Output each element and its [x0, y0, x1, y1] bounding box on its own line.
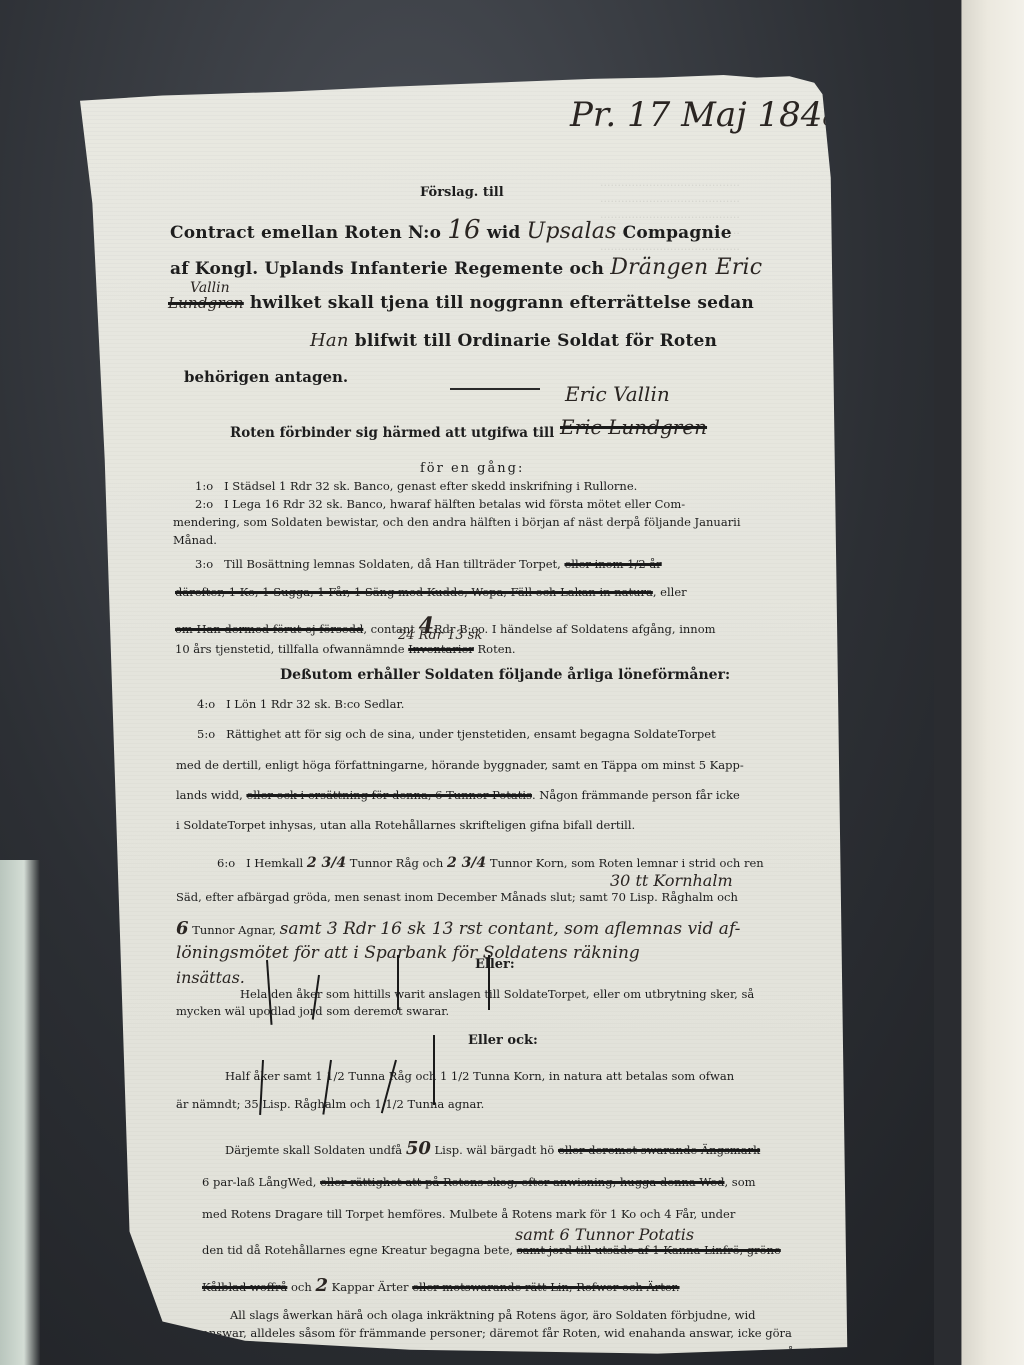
- printed-text: Compagnie: [623, 223, 732, 243]
- binding-clause-text: Roten förbinder sig härmed att utgifwa t…: [230, 425, 554, 441]
- additional-line-4: den tid då Rotehållarnes egne Kreatur be…: [202, 1243, 781, 1257]
- additional-line-2: 6 par-laß LångWed, eller rättighet att p…: [202, 1175, 756, 1189]
- additional-line-5: Kålblad woffrå och 2 Kappar Ärter eller …: [202, 1275, 680, 1296]
- printed-text: Contract emellan Roten N:o: [170, 223, 441, 243]
- cancellation-stroke: [433, 1035, 435, 1105]
- item-5-line-3: lands widd, eller ock i ersättning för d…: [176, 788, 740, 802]
- item-6-line-3: 6 Tunnor Agnar, samt 3 Rdr 16 sk 13 rst …: [176, 918, 740, 939]
- item-5: 5:o Rättighet att för sig och de sina, u…: [197, 727, 716, 741]
- title-line-5: behörigen antagen.: [184, 368, 348, 386]
- item-5-line-4: i SoldateTorpet inhysas, utan alla Roteh…: [176, 818, 635, 832]
- item-text: Till Bosättning lemnas Soldaten, då Han …: [224, 557, 561, 571]
- pronoun-handwritten: Han: [310, 330, 349, 351]
- item-3-line-2: därefter, 1 Ko, 1 Sugga, 1 Får, 1 Säng m…: [175, 585, 687, 599]
- item-4: 4:o I Lön 1 Rdr 32 sk. B:co Sedlar.: [197, 697, 404, 711]
- item-text: I Hemkall: [246, 856, 303, 870]
- decorative-rule: [450, 388, 540, 390]
- closing-line-2: answar, alldeles såsom för främmande per…: [202, 1326, 792, 1340]
- item-2: 2:o I Lega 16 Rdr 32 sk. Banco, hwaraf h…: [195, 497, 685, 511]
- struck-text: Inventarier: [408, 642, 474, 656]
- printed-text: af Kongl. Uplands Infanterie Regemente o…: [170, 259, 604, 279]
- struck-beneficiary: Eric Lundgren: [560, 415, 707, 439]
- item-text: I Lön 1 Rdr 32 sk. B:co Sedlar.: [226, 697, 404, 711]
- item-text: I Lega 16 Rdr 32 sk. Banco, hwaraf hälft…: [224, 497, 685, 511]
- soldier-name-handwritten: Drängen Eric: [610, 255, 762, 280]
- item-text: , eller: [653, 585, 687, 599]
- or-also-line-1: Half åker samt 1 1/2 Tunna Råg och 1 1/2…: [225, 1069, 734, 1083]
- struck-text: samt jord till utsäde af 1 Kanna Linfrö,…: [517, 1243, 781, 1257]
- item-text: Tunnor Korn, som Roten lemnar i strid oc…: [490, 856, 764, 870]
- item-number: 1:o: [195, 479, 213, 493]
- struck-text: eller inom 1/2 år: [564, 557, 661, 571]
- additional-line-3: med Rotens Dragare till Torpet hemföres.…: [202, 1207, 735, 1221]
- title-line-4: Han blifwit till Ordinarie Soldat för Ro…: [310, 330, 717, 351]
- closing-line-1: All slags åwerkan härå och olaga inkräkt…: [230, 1308, 756, 1322]
- or-heading: Eller:: [475, 957, 515, 972]
- cancellation-stroke: [488, 955, 490, 1010]
- contract-document-page: ........................................…: [80, 75, 905, 1360]
- handwritten-amount: 50: [406, 1138, 431, 1159]
- handwritten-amount: 2 3/4: [447, 855, 486, 871]
- rote-number-handwritten: 16: [447, 215, 480, 245]
- or-also-heading: Eller ock:: [468, 1033, 538, 1048]
- struck-text: Kålblad woffrå: [202, 1280, 287, 1294]
- struck-text: eller motswarande rätt Lin, Rofwor och Ä…: [412, 1280, 679, 1294]
- item-text: Kappar Ärter: [332, 1280, 409, 1294]
- or-also-line-2: är nämndt; 35 Lisp. Råghalm och 1 1/2 Tu…: [176, 1097, 484, 1111]
- struck-text: om Han dermed förut ej försedd: [175, 622, 363, 636]
- handwritten-addition-line-2: löningsmötet för att i Sparbank för Sold…: [176, 943, 640, 963]
- item-text: lands widd,: [176, 788, 243, 802]
- item-number: 4:o: [197, 697, 215, 711]
- section-annual-heading: Deßutom erhåller Soldaten följande årlig…: [280, 667, 730, 683]
- date-annotation: Pr. 17 Maj 1848.: [570, 95, 855, 135]
- handwritten-addition: samt 3 Rdr 16 sk 13 rst contant, som afl…: [280, 919, 741, 939]
- item-text: I Städsel 1 Rdr 32 sk. Banco, genast eft…: [224, 479, 637, 493]
- item-text: och: [291, 1280, 312, 1294]
- item-6-line-2: Säd, efter afbärgad gröda, men senast in…: [176, 890, 738, 904]
- company-handwritten: Upsalas: [527, 219, 617, 244]
- struck-text: därefter, 1 Ko, 1 Sugga, 1 Får, 1 Säng m…: [175, 585, 653, 599]
- printed-text: wid: [487, 223, 521, 243]
- item-text: Därjemte skall Soldaten undfå: [225, 1143, 402, 1157]
- handwritten-inventory-value: 24 Rdr 13 sk: [398, 628, 482, 643]
- beneficiary-handwritten: Eric Vallin: [565, 382, 670, 406]
- printed-text: blifwit till Ordinarie Soldat för Roten: [355, 331, 717, 351]
- handwritten-amount: 2 3/4: [307, 855, 346, 871]
- item-3: 3:o Till Bosättning lemnas Soldaten, då …: [195, 557, 662, 571]
- item-text: Rättighet att för sig och de sina, under…: [226, 727, 716, 741]
- item-text: . Någon främmande person får icke: [532, 788, 740, 802]
- item-text: Tunnor Råg och: [350, 856, 444, 870]
- adjacent-document-edge: [934, 0, 1024, 1365]
- title-line-2: af Kongl. Uplands Infanterie Regemente o…: [170, 255, 762, 280]
- item-text: Tunnor Agnar,: [192, 923, 276, 937]
- item-text: 10 års tjenstetid, tillfalla ofwannämnde: [175, 642, 405, 656]
- item-3-line-4: 10 års tjenstetid, tillfalla ofwannämnde…: [175, 642, 516, 656]
- handwritten-amount: 6: [176, 918, 189, 939]
- item-text: 6 par-laß LångWed,: [202, 1175, 316, 1189]
- adjacent-folder-edge: [0, 860, 40, 1365]
- item-text: Lisp. wäl bärgadt hö: [435, 1143, 555, 1157]
- struck-text: eller ock i ersättning för denna, 6 Tunn…: [246, 788, 532, 802]
- handwritten-amount: 2: [315, 1275, 328, 1296]
- item-number: 5:o: [197, 727, 215, 741]
- title-line-1: Contract emellan Roten N:o 16 wid Upsala…: [170, 215, 732, 245]
- title-line-3: Lundgren hwilket skall tjena till noggra…: [168, 293, 754, 313]
- handwritten-potatoes: samt 6 Tunnor Potatis: [515, 1225, 694, 1244]
- section-once-heading: för en gång:: [420, 461, 524, 476]
- item-number: 3:o: [195, 557, 213, 571]
- item-5-line-2: med de dertill, enligt höga författninga…: [176, 758, 744, 772]
- handwritten-straw: 30 tt Kornhalm: [610, 871, 733, 890]
- item-text: , som: [724, 1175, 755, 1189]
- struck-text: eller deremot swarande Ängsmark: [558, 1143, 760, 1157]
- item-number: 6:o: [217, 856, 235, 870]
- additional-line-1: Därjemte skall Soldaten undfå 50 Lisp. w…: [225, 1138, 760, 1159]
- item-6: 6:o I Hemkall 2 3/4 Tunnor Råg och 2 3/4…: [217, 855, 764, 871]
- item-text: Roten.: [478, 642, 516, 656]
- item-2-continuation: mendering, som Soldaten bewistar, och de…: [173, 515, 741, 529]
- item-text: den tid då Rotehållarnes egne Kreatur be…: [202, 1243, 513, 1257]
- printed-text: hwilket skall tjena till noggrann efterr…: [250, 293, 754, 313]
- cancellation-stroke: [397, 955, 399, 1010]
- struck-surname: Lundgren: [168, 294, 244, 312]
- handwritten-addition-line-3: insättas.: [176, 968, 245, 987]
- struck-text: eller rättighet att på Rotens skog, efte…: [320, 1175, 724, 1189]
- item-number: 2:o: [195, 497, 213, 511]
- heading-forslag: Förslag. till: [420, 185, 504, 200]
- item-1: 1:o I Städsel 1 Rdr 32 sk. Banco, genast…: [195, 479, 637, 493]
- catchword: något: [780, 1345, 813, 1359]
- item-2-continuation-2: Månad.: [173, 533, 217, 547]
